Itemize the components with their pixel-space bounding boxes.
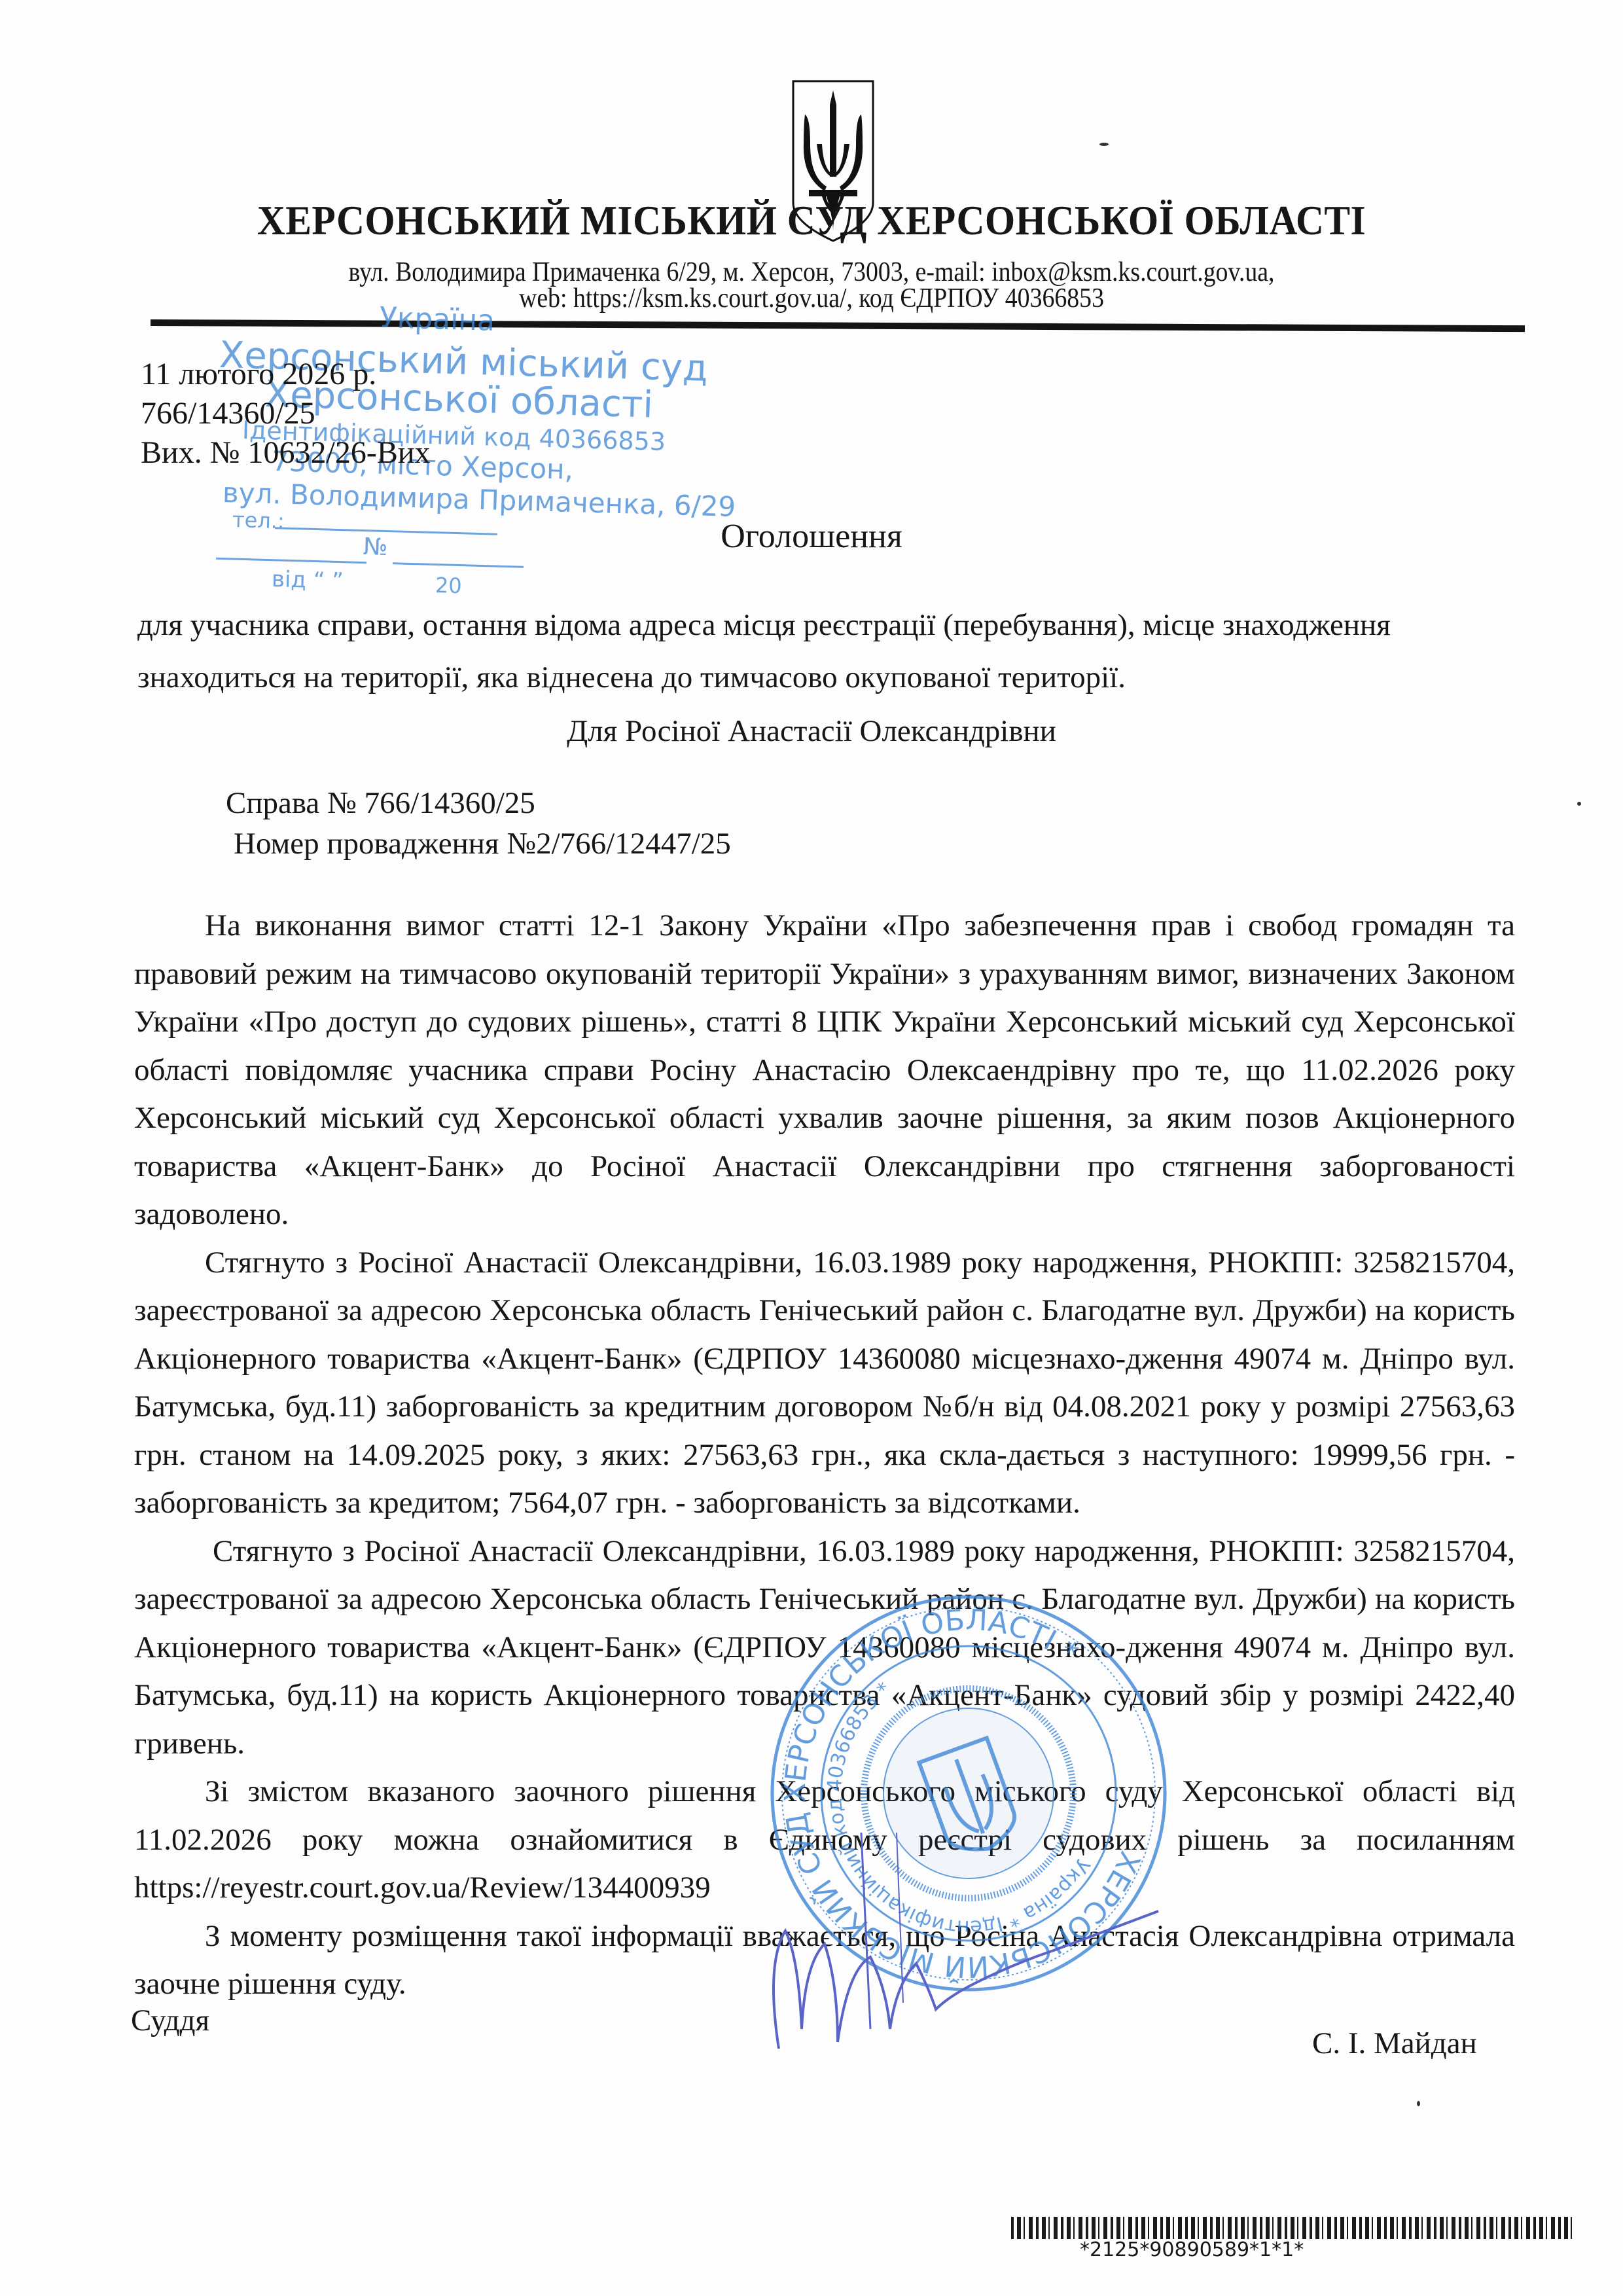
stamp-from-label: від “ ”: [271, 566, 344, 594]
paragraph-notice: На виконання вимог статті 12-1 Закону Ук…: [134, 902, 1515, 1239]
judge-role-label: Суддя: [131, 2003, 209, 2038]
court-name: ХЕРСОНСЬКИЙ МІСЬКИЙ СУД ХЕРСОНСЬКОЇ ОБЛА…: [57, 196, 1566, 245]
case-line: Справа № 766/14360/25: [226, 785, 535, 821]
judge-name: С. І. Майдан: [1312, 2026, 1477, 2061]
paragraph-debt-recovery: Стягнуто з Росіної Анастасії Олександрів…: [134, 1239, 1515, 1528]
stamp-number-line-2: [393, 562, 524, 568]
proceeding-line: Номер провадження №2/766/12447/25: [234, 826, 731, 861]
scan-speck: [1099, 143, 1109, 146]
scan-speck: [1417, 2101, 1420, 2106]
stamp-street: вул. Володимира Примаченка, 6/29: [222, 476, 736, 523]
intro-text: для учасника справи, остання відома адре…: [137, 599, 1427, 704]
scan-speck: [1577, 802, 1581, 806]
judge-signature: [740, 1833, 1211, 2068]
outgoing-number: Вих. № 10632/26-Вих: [141, 435, 431, 471]
document-date: 11 лютого 2026 р.: [141, 356, 376, 392]
barcode-number: *2125*90890589*1*1*: [1080, 2238, 1304, 2261]
document-barcode: [1011, 2217, 1574, 2239]
case-number: 766/14360/25: [141, 395, 315, 431]
stamp-number-line: [216, 558, 366, 564]
stamp-year-label: 20: [435, 573, 462, 598]
addressee: Для Росіної Анастасії Олександрівни: [0, 713, 1623, 749]
stamp-country: Україна: [379, 301, 495, 338]
document-heading: Оголошення: [0, 517, 1623, 556]
